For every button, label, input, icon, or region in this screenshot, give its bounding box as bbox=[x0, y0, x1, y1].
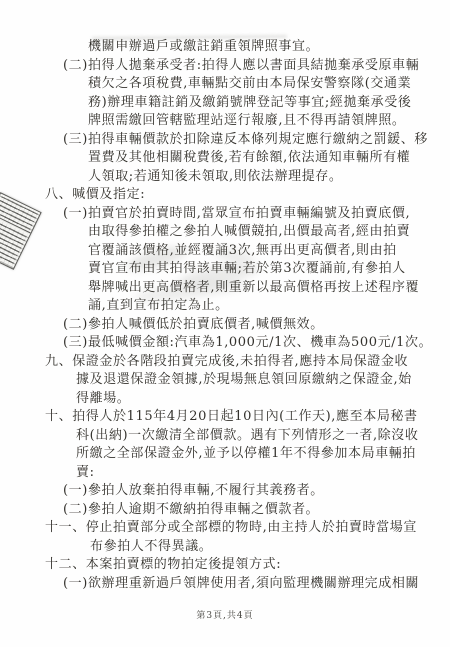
text-line: 賣官宣布由其拍得該車輛;若於第3次覆誦前,有參拍人 bbox=[45, 260, 420, 279]
text-line: (一)拍賣官於拍賣時間,當眾宣布拍賣車輛編號及拍賣底價, bbox=[45, 205, 420, 224]
text-line: (三)最低喊價金額:汽車為1,000元/1次、機車為500元/1次。 bbox=[45, 334, 420, 353]
text-line: (二)參拍人喊價低於拍賣底價者,喊價無效。 bbox=[45, 316, 420, 335]
text-line: 務)辦理車籍註銷及繳銷號牌登記等事宜;經拋棄承受後 bbox=[45, 94, 420, 113]
text-line: 九、保證金於各階段拍賣完成後,未拍得者,應持本局保證金收 bbox=[45, 353, 420, 372]
text-line: 官覆誦該價格,並經覆誦3次,無再出更高價者,則由拍 bbox=[45, 242, 420, 261]
text-line: 賣: bbox=[45, 464, 420, 483]
scanned-document-page: 機關申辦過戶或繳註銷重領牌照事宜。(二)拍得人拋棄承受者:拍得人應以書面具結拋棄… bbox=[0, 0, 450, 647]
text-line: 十一、停止拍賣部分或全部標的物時,由主持人於拍賣時當場宣 bbox=[45, 519, 420, 538]
text-line: (二)參拍人逾期不繳納拍得車輛之價款者。 bbox=[45, 501, 420, 520]
text-line: 所繳之全部保證金外,並予以停權1年不得參加本局車輛拍 bbox=[45, 445, 420, 464]
text-line: 人領取;若通知後未領取,則依法辦理提存。 bbox=[45, 168, 420, 187]
text-line: (一)參拍人放棄拍得車輛,不履行其義務者。 bbox=[45, 482, 420, 501]
text-line: 置費及其他相關稅費後,若有餘額,依法通知車輛所有權 bbox=[45, 149, 420, 168]
text-line: 十、拍得人於115年4月20日起10日內(工作天),應至本局秘書 bbox=[45, 408, 420, 427]
text-line: 八、喊價及指定: bbox=[45, 186, 420, 205]
text-line: 機關申辦過戶或繳註銷重領牌照事宜。 bbox=[45, 38, 420, 57]
text-line: 十二、本案拍賣標的物拍定後提領方式: bbox=[45, 556, 420, 575]
official-seal-stamp bbox=[0, 192, 42, 270]
seal-section-divider bbox=[0, 213, 31, 235]
text-line: 由取得參拍權之參拍人喊價競拍,出價最高者,經由拍賣 bbox=[45, 223, 420, 242]
text-line: 科(出納)一次繳清全部價款。遇有下列情形之一者,除沒收 bbox=[45, 427, 420, 446]
text-line: (一)欲辦理重新過戶領牌使用者,須向監理機關辦理完成相關 bbox=[45, 575, 420, 594]
text-line: 積欠之各項稅費,車輛點交前由本局保安警察隊(交通業 bbox=[45, 75, 420, 94]
text-line: 舉牌喊出更高價格者,則重新以最高價格再按上述程序覆 bbox=[45, 279, 420, 298]
text-line: 誦,直到宣布拍定為止。 bbox=[45, 297, 420, 316]
text-line: (三)拍得車輛價款於扣除違反本條列規定應行繳納之罰鍰、移 bbox=[45, 131, 420, 150]
text-line: 據及退還保證金領據,於現場無息領回原繳納之保證金,始 bbox=[45, 371, 420, 390]
page-number-footer: 第3頁,共4頁 bbox=[0, 608, 450, 621]
document-body: 機關申辦過戶或繳註銷重領牌照事宜。(二)拍得人拋棄承受者:拍得人應以書面具結拋棄… bbox=[45, 38, 420, 593]
text-line: 得離場。 bbox=[45, 390, 420, 409]
text-line: 牌照需繳回管轄監理站逕行報廢,且不得再請領牌照。 bbox=[45, 112, 420, 131]
text-line: (二)拍得人拋棄承受者:拍得人應以書面具結拋棄承受原車輛 bbox=[45, 57, 420, 76]
text-line: 布參拍人不得異議。 bbox=[45, 538, 420, 557]
